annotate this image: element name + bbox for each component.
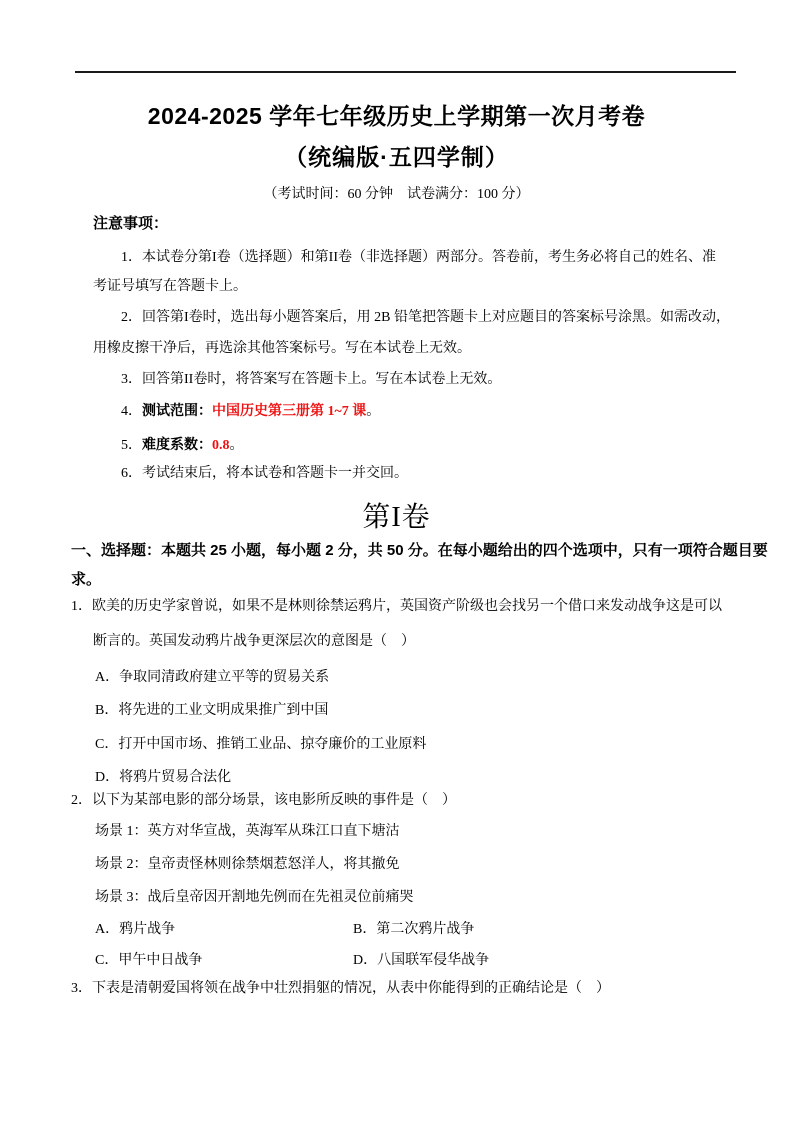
header-rule [75, 71, 736, 73]
part1-heading: 第I卷 [0, 500, 793, 535]
notice-item-5-number: 5． [121, 438, 142, 453]
question-3-number: 3． [71, 981, 92, 996]
question-2-stem: 2．以下为某部电影的部分场景，该电影所反映的事件是（ ） [71, 792, 456, 810]
question-2-number: 2． [71, 793, 92, 808]
question-1-stem-text: 欧美的历史学家曾说，如果不是林则徐禁运鸦片，英国资产阶级也会找另一个借口来发动战… [92, 599, 722, 614]
notice-item-5-suffix: 。 [230, 438, 244, 453]
notice-item-1-line-2: 考证号填写在答题卡上。 [93, 278, 247, 296]
question-2-option-a: A．鸦片战争 [95, 921, 175, 939]
notice-item-2-line-1: 2．回答第I卷时，选出每小题答案后，用 2B 铅笔把答题卡上对应题目的答案标号涂… [121, 309, 730, 327]
question-2-scene-1: 场景 1：英方对华宣战，英海军从珠江口直下塘沽 [95, 823, 400, 841]
question-1-stem-line-1: 1．欧美的历史学家曾说，如果不是林则徐禁运鸦片，英国资产阶级也会找另一个借口来发… [71, 598, 722, 616]
notice-item-4-suffix: 。 [366, 404, 380, 419]
question-1-stem-line-2: 断言的。英国发动鸦片战争更深层次的意图是（ ） [93, 633, 415, 651]
question-1-option-a: A．争取同清政府建立平等的贸易关系 [95, 669, 329, 687]
question-3-stem: 3．下表是清朝爱国将领在战争中壮烈捐躯的情况，从表中你能得到的正确结论是（ ） [71, 980, 610, 998]
question-1-number: 1． [71, 599, 92, 614]
question-2-scene-2: 场景 2：皇帝责怪林则徐禁烟惹怒洋人，将其撤免 [95, 856, 400, 874]
notice-item-5-label: 难度系数： [142, 436, 212, 452]
question-2-scene-3: 场景 3：战后皇帝因开割地先例而在先祖灵位前痛哭 [95, 889, 414, 907]
notice-item-5: 5．难度系数：0.8。 [121, 436, 244, 455]
question-2-option-c: C．甲午中日战争 [95, 952, 202, 970]
notice-item-4-label: 测试范围： [142, 402, 212, 418]
question-1-option-b: B．将先进的工业文明成果推广到中国 [95, 702, 328, 720]
notice-item-2-line-2: 用橡皮擦干净后，再选涂其他答案标号。写在本试卷上无效。 [93, 340, 471, 358]
question-2-stem-text: 以下为某部电影的部分场景，该电影所反映的事件是（ ） [92, 793, 456, 808]
section1-intro-line-2: 求。 [71, 571, 101, 590]
question-2-option-d: D．八国联军侵华战争 [353, 952, 489, 970]
exam-paper-page: 2024-2025 学年七年级历史上学期第一次月考卷 （统编版·五四学制） （考… [0, 0, 793, 1122]
notice-item-4: 4．测试范围：中国历史第三册第 1~7 课。 [121, 402, 380, 421]
section1-intro-line-1: 一、选择题：本题共 25 小题，每小题 2 分，共 50 分。在每小题给出的四个… [71, 542, 768, 561]
notice-item-5-difficulty-value: 0.8 [212, 438, 230, 453]
notice-heading: 注意事项： [93, 215, 168, 234]
notice-item-3: 3．回答第II卷时，将答案写在答题卡上。写在本试卷上无效。 [121, 371, 501, 389]
exam-subtitle: （统编版·五四学制） [0, 143, 793, 172]
notice-item-4-number: 4． [121, 404, 142, 419]
notice-item-1-line-1: 1．本试卷分第I卷（选择题）和第II卷（非选择题）两部分。答卷前，考生务必将自己… [121, 249, 716, 267]
exam-title: 2024-2025 学年七年级历史上学期第一次月考卷 [0, 102, 793, 131]
question-1-option-d: D．将鸦片贸易合法化 [95, 769, 231, 787]
notice-item-6: 6．考试结束后，将本试卷和答题卡一并交回。 [121, 465, 408, 483]
question-1-option-c: C．打开中国市场、推销工业品、掠夺廉价的工业原料 [95, 736, 426, 754]
question-2-option-b: B．第二次鸦片战争 [353, 921, 474, 939]
exam-info: （考试时间：60 分钟 试卷满分：100 分） [0, 186, 793, 204]
notice-item-4-scope-value: 中国历史第三册第 1~7 课 [212, 404, 366, 419]
question-3-stem-text: 下表是清朝爱国将领在战争中壮烈捐躯的情况，从表中你能得到的正确结论是（ ） [92, 981, 610, 996]
